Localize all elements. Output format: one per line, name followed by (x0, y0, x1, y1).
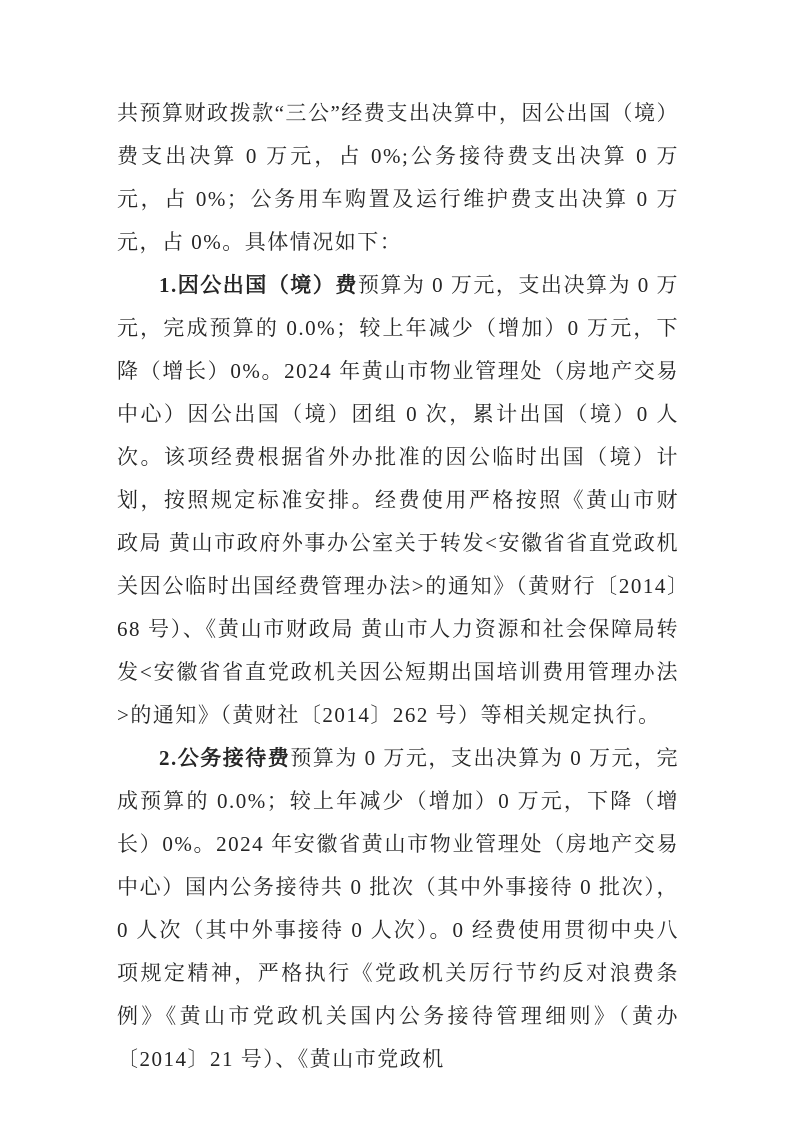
paragraph-item1-overseas-travel-expense: 1.因公出国（境）费预算为 0 万元，支出决算为 0 万元，完成预算的 0.0%… (117, 264, 679, 737)
item2-heading: 2.公务接待费 (159, 746, 290, 770)
paragraph-text: 预算为 0 万元，支出决算为 0 万元，完成预算的 0.0%；较上年减少（增加）… (117, 273, 679, 727)
paragraph-three-public-funds-summary: 共预算财政拨款“三公”经费支出决算中，因公出国（境）费支出决算 0 万元，占 0… (117, 92, 679, 264)
paragraph-item2-official-reception-expense: 2.公务接待费预算为 0 万元，支出决算为 0 万元，完成预算的 0.0%；较上… (117, 737, 679, 1081)
paragraph-text: 共预算财政拨款“三公”经费支出决算中，因公出国（境）费支出决算 0 万元，占 0… (117, 101, 679, 254)
document-body: 共预算财政拨款“三公”经费支出决算中，因公出国（境）费支出决算 0 万元，占 0… (117, 92, 679, 1081)
paragraph-text: 预算为 0 万元，支出决算为 0 万元，完成预算的 0.0%；较上年减少（增加）… (117, 746, 679, 1071)
item1-heading: 1.因公出国（境）费 (159, 273, 358, 297)
document-page: 共预算财政拨款“三公”经费支出决算中，因公出国（境）费支出决算 0 万元，占 0… (0, 0, 793, 1122)
